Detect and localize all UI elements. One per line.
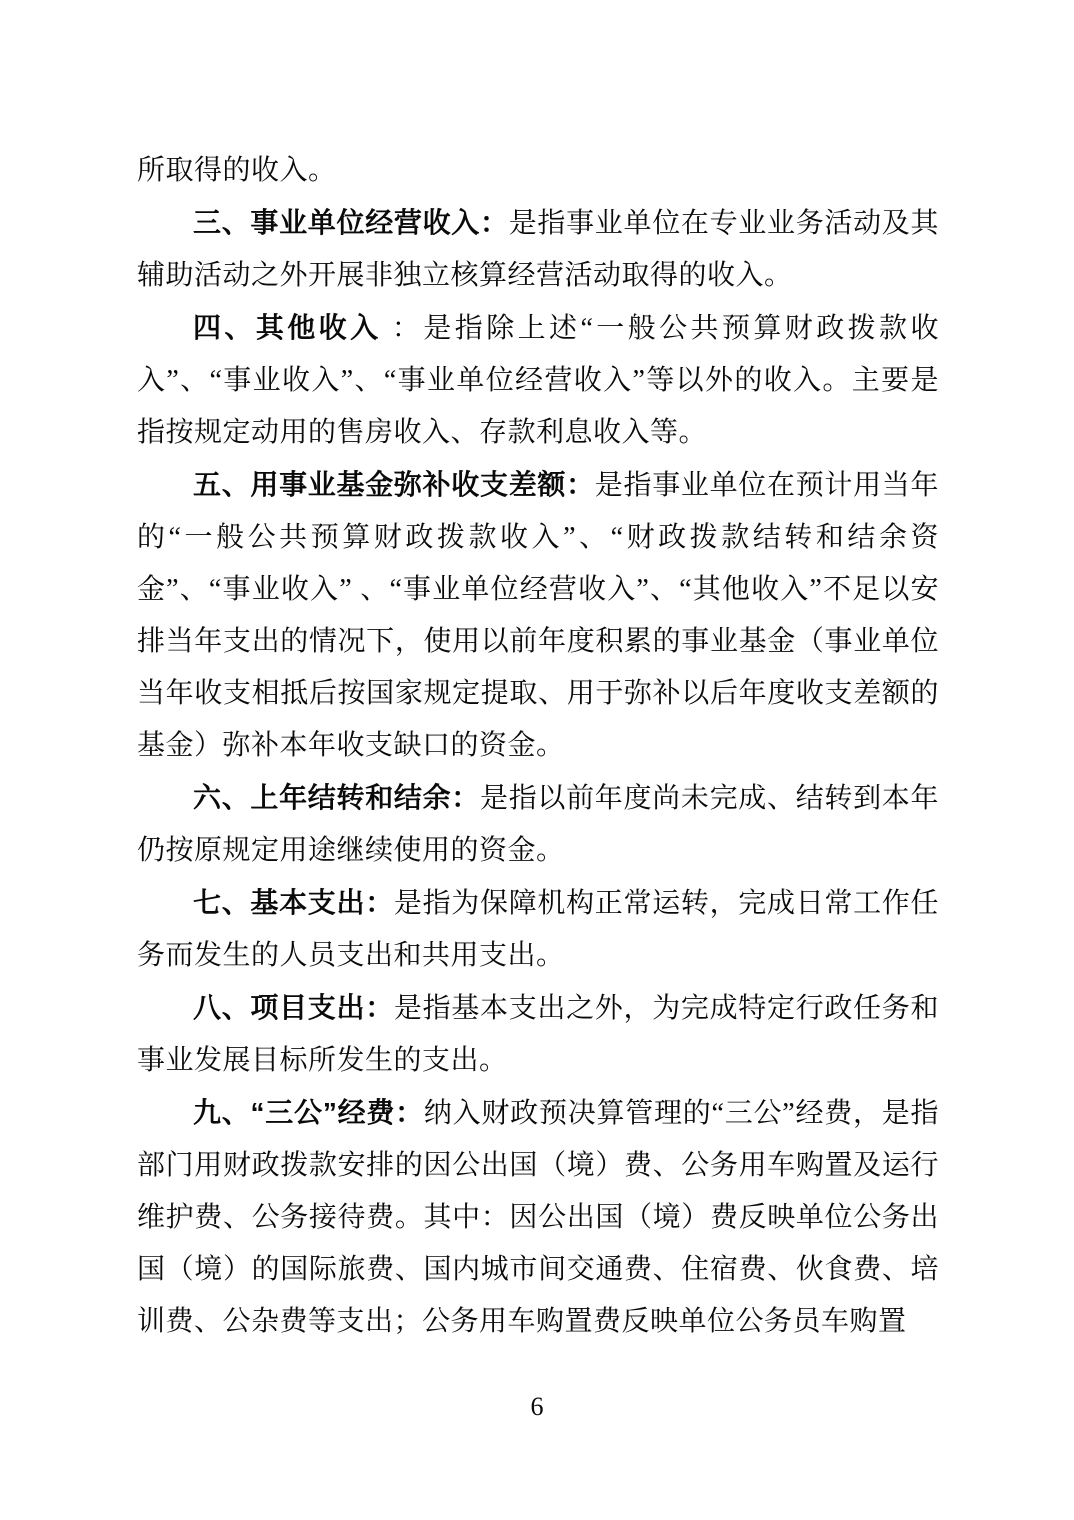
paragraph: 七、基本支出：是指为保障机构正常运转，完成日常工作任务而发生的人员支出和共用支出… xyxy=(137,877,939,982)
paragraph: 四、其他收入 ：是指除上述“一般公共预算财政拨款收入”、“事业收入”、“事业单位… xyxy=(137,302,939,459)
document-page: 所取得的收入。 三、事业单位经营收入：是指事业单位在专业业务活动及其辅助活动之外… xyxy=(0,0,1074,1520)
paragraph: 所取得的收入。 xyxy=(137,144,939,197)
paragraph: 五、用事业基金弥补收支差额：是指事业单位在预计用当年的“一般公共预算财政拨款收入… xyxy=(137,459,939,772)
paragraph-heading: 七、基本支出： xyxy=(193,887,394,918)
paragraph-heading: 八、项目支出： xyxy=(193,992,394,1023)
paragraph-text: 是指事业单位在预计用当年的“一般公共预算财政拨款收入”、“财政拨款结转和结余资金… xyxy=(137,470,939,761)
document-body: 所取得的收入。 三、事业单位经营收入：是指事业单位在专业业务活动及其辅助活动之外… xyxy=(137,144,939,1348)
paragraph-heading: 五、用事业基金弥补收支差额： xyxy=(193,469,595,500)
paragraph-heading: 四、其他收入 xyxy=(193,312,382,343)
paragraph: 六、上年结转和结余：是指以前年度尚未完成、结转到本年仍按原规定用途继续使用的资金… xyxy=(137,772,939,877)
paragraph-text: 所取得的收入。 xyxy=(137,155,337,186)
paragraph: 八、项目支出：是指基本支出之外，为完成特定行政任务和事业发展目标所发生的支出。 xyxy=(137,982,939,1087)
paragraph: 九、“三公”经费：纳入财政预决算管理的“三公”经费，是指部门用财政拨款安排的因公… xyxy=(137,1087,939,1348)
paragraph: 三、事业单位经营收入：是指事业单位在专业业务活动及其辅助活动之外开展非独立核算经… xyxy=(137,197,939,302)
paragraph-heading: 三、事业单位经营收入： xyxy=(193,207,509,238)
paragraph-heading: 九、“三公”经费： xyxy=(193,1097,424,1128)
page-number: 6 xyxy=(0,1392,1074,1422)
paragraph-text: 纳入财政预决算管理的“三公”经费，是指部门用财政拨款安排的因公出国（境）费、公务… xyxy=(137,1098,939,1337)
paragraph-heading: 六、上年结转和结余： xyxy=(193,782,480,813)
